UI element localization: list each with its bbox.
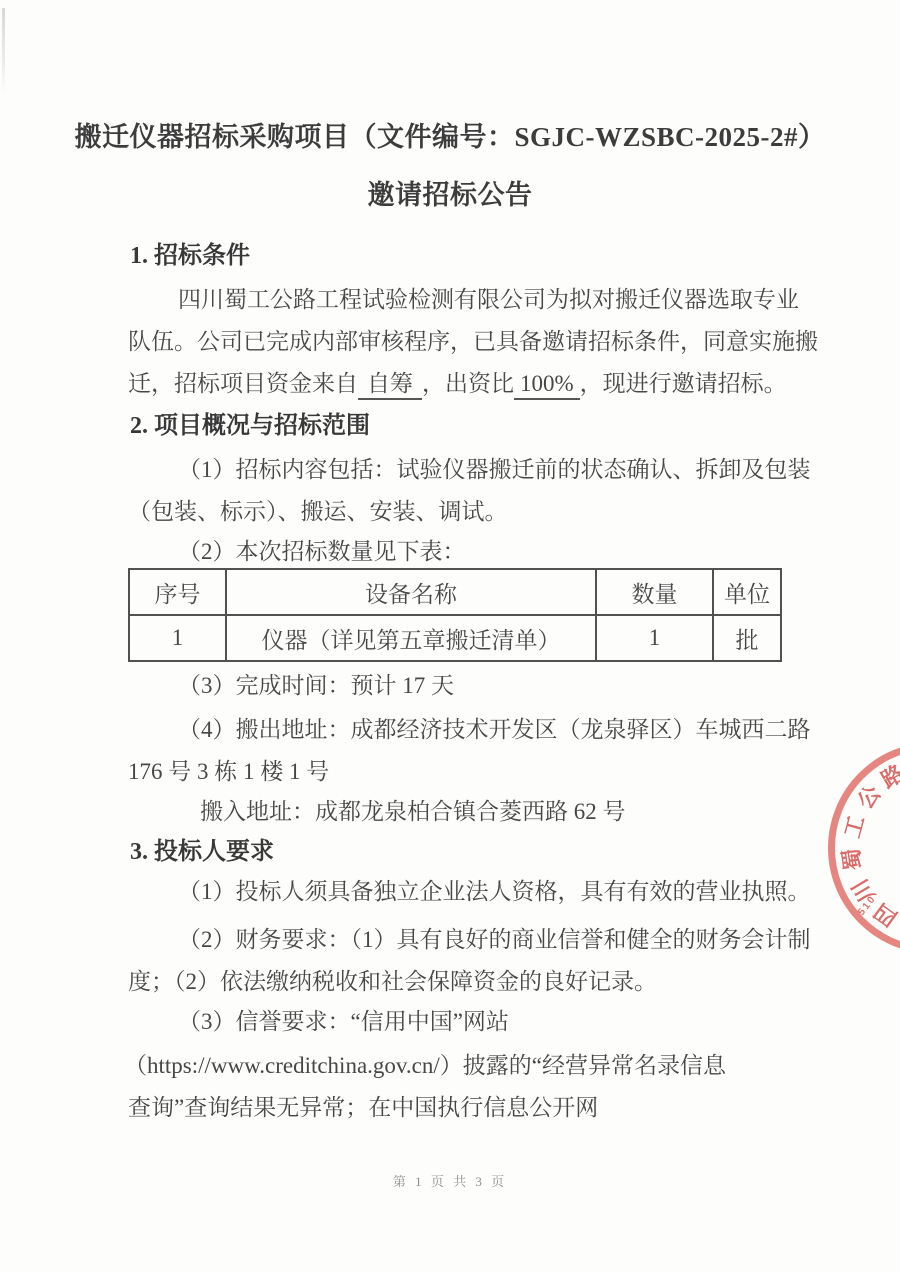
document-page: 搬迁仪器招标采购项目（文件编号：SGJC-WZSBC-2025-2#） 邀请招标… [0,0,900,1272]
company-seal-stamp: 四 川 蜀 工 公 路 工 510 [828,742,900,954]
funding-text-post: ，现进行邀请招标。 [580,371,787,396]
seal-character: 四 [869,898,900,932]
table-header-device-name: 设备名称 [226,569,596,615]
scan-artifact [2,8,5,93]
section-2-paragraph-line: 搬入地址：成都龙泉柏合镇合菱西路 62 号 [200,797,626,827]
quantity-table: 序号 设备名称 数量 单位 1 仪器（详见第五章搬迁清单） 1 批 [128,568,782,662]
section-1-paragraph-line: 迁，招标项目资金来自自筹，出资比100%，现进行邀请招标。 [128,369,787,399]
section-1-heading: 1. 招标条件 [130,241,250,271]
table-cell-seq: 1 [129,615,226,661]
table-header-row: 序号 设备名称 数量 单位 [129,569,781,615]
table-row: 1 仪器（详见第五章搬迁清单） 1 批 [129,615,781,661]
seal-character: 路 [877,761,900,794]
document-title-line2: 邀请招标公告 [0,180,900,210]
section-3-paragraph-line: 查询”查询结果无异常；在中国执行信息公开网 [128,1093,598,1123]
section-2-paragraph-line: （2）本次招标数量见下表： [178,537,466,567]
section-2-paragraph-line: （3）完成时间：预计 17 天 [178,671,454,701]
table-cell-device-name: 仪器（详见第五章搬迁清单） [226,615,596,661]
table-header-unit: 单位 [713,569,781,615]
seal-character: 工 [840,812,869,841]
seal-code-fragment: 510 [856,893,879,918]
page-footer: 第 1 页 共 3 页 [0,1172,900,1192]
credit-china-url-line: （https://www.creditchina.gov.cn/）披露的“经营异… [124,1051,726,1081]
table-cell-unit: 批 [713,615,781,661]
section-3-paragraph-line: 度；（2）依法缴纳税收和社会保障资金的良好记录。 [128,967,657,997]
section-3-paragraph-line: （3）信誉要求：“信用中国”网站 [178,1007,509,1037]
section-2-paragraph-line: （1）招标内容包括：试验仪器搬迁前的状态确认、拆卸及包装 [178,455,811,485]
section-2-heading: 2. 项目概况与招标范围 [130,411,370,441]
section-1-paragraph-line: 队伍。公司已完成内部审核程序，已具备邀请招标条件，同意实施搬 [128,327,818,357]
section-3-heading: 3. 投标人要求 [130,837,274,867]
section-3-paragraph-line: （2）财务要求：（1）具有良好的商业信誉和健全的财务会计制 [178,925,811,955]
section-2-paragraph-line: 176 号 3 栋 1 楼 1 号 [128,757,329,787]
funding-text-pre: 迁，招标项目资金来自 [128,371,358,396]
seal-character: 川 [847,874,880,907]
funding-source-underlined: 自筹 [358,371,422,400]
section-2-paragraph-line: （4）搬出地址：成都经济技术开发区（龙泉驿区）车城西二路 [178,715,811,745]
section-2-paragraph-line: （包装、标示）、搬运、安装、调试。 [128,497,508,527]
funding-text-mid: ，出资比 [422,371,514,396]
seal-character: 公 [853,781,887,815]
table-header-seq: 序号 [129,569,226,615]
document-title-line1: 搬迁仪器招标采购项目（文件编号：SGJC-WZSBC-2025-2#） [0,122,900,152]
section-1-paragraph-line: 四川蜀工公路工程试验检测有限公司为拟对搬迁仪器选取专业 [178,285,799,315]
seal-ring [828,742,900,954]
section-3-paragraph-line: （1）投标人须具备独立企业法人资格，具有有效的营业执照。 [178,877,811,907]
funding-ratio-underlined: 100% [514,371,580,400]
table-header-quantity: 数量 [596,569,713,615]
seal-character: 蜀 [839,846,866,873]
table-cell-quantity: 1 [596,615,713,661]
